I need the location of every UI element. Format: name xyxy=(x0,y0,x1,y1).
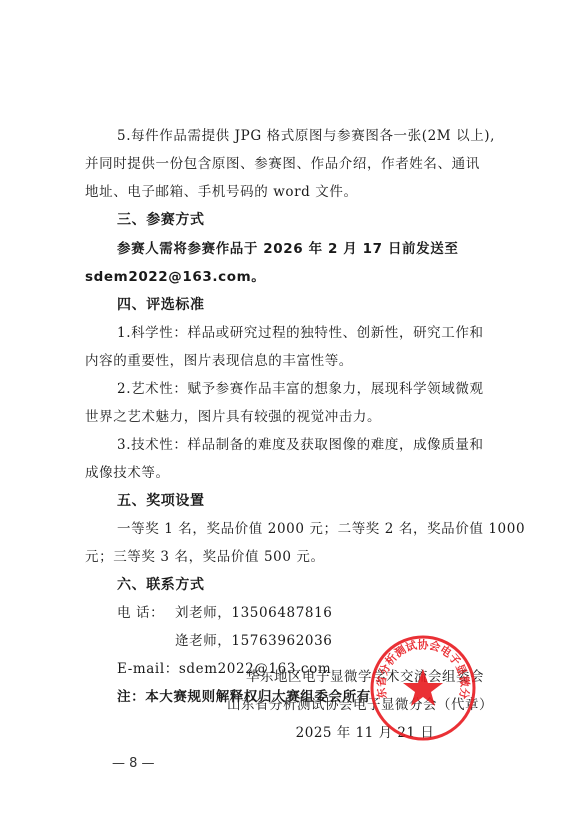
item5-line1: 5.每件作品需提供 JPG 格式原图与参赛图各一张(2M 以上), xyxy=(117,127,495,145)
section4-heading: 四、评选标准 xyxy=(117,296,205,314)
document-page: 5.每件作品需提供 JPG 格式原图与参赛图各一张(2M 以上), 并同时提供一… xyxy=(0,0,586,829)
item5-line3: 地址、电子邮箱、手机号码的 word 文件。 xyxy=(85,183,358,201)
page-number: — 8 — xyxy=(112,756,155,771)
official-seal-icon: 山东省分析测试协会电子显微分会 xyxy=(368,633,478,743)
section3-line1: 参赛人需将参赛作品于 2026 年 2 月 17 日前发送至 xyxy=(117,240,458,258)
criterion-2-line1: 2.艺术性：赋予参赛作品丰富的想象力，展现科学领域微观 xyxy=(117,380,484,398)
section5-line1: 一等奖 1 名，奖品价值 2000 元；二等奖 2 名，奖品价值 1000 xyxy=(117,520,525,538)
criterion-1-line1: 1.科学性：样品或研究过程的独特性、创新性，研究工作和 xyxy=(117,324,484,342)
section3-heading: 三、参赛方式 xyxy=(117,211,205,229)
section5-heading: 五、奖项设置 xyxy=(117,492,205,510)
phone-label: 电 话： xyxy=(117,604,164,622)
section6-heading: 六、联系方式 xyxy=(117,576,205,594)
criterion-3-line2: 成像技术等。 xyxy=(85,464,170,482)
contact-2: 逄老师，15763962036 xyxy=(175,632,332,650)
item5-line2: 并同时提供一份包含原图、参赛图、作品介绍，作者姓名、通讯 xyxy=(85,155,480,173)
criterion-3-line1: 3.技术性：样品制备的难度及获取图像的难度，成像质量和 xyxy=(117,436,484,454)
criterion-1-line2: 内容的重要性，图片表现信息的丰富性等。 xyxy=(85,352,353,370)
contact-1: 刘老师，13506487816 xyxy=(175,604,332,622)
section3-email: sdem2022@163.com。 xyxy=(85,268,265,286)
criterion-2-line2: 世界之艺术魅力，图片具有较强的视觉冲击力。 xyxy=(85,408,381,426)
section5-line2: 元；三等奖 3 名，奖品价值 500 元。 xyxy=(85,548,325,566)
